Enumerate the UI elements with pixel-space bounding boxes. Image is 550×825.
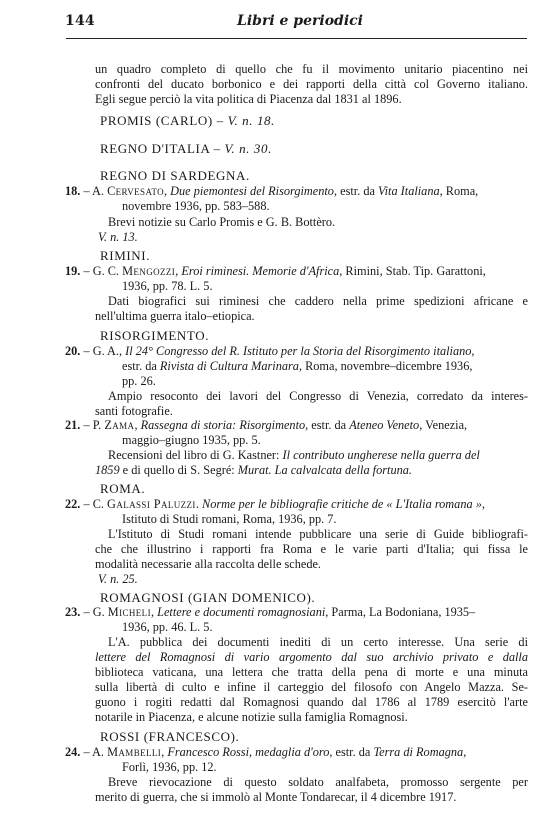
entry-note: modalità necessarie alla raccolta delle … (95, 557, 321, 572)
entry-source: Rivista di Cultura Marinara (160, 359, 299, 373)
cross-ref-promis: PROMIS (CARLO) – V. n. 18. (100, 113, 275, 129)
entry-author: Micheli (108, 605, 151, 619)
cross-ref-link: V. n. 30. (225, 141, 272, 156)
entry-source: Terra di Romagna (373, 745, 463, 759)
entry-note: che che illustrino i rapporti fra Roma e… (95, 542, 528, 557)
entry-line: 24. – A. Mambelli, Francesco Rossi, meda… (65, 745, 466, 760)
header-rule (66, 38, 527, 39)
entry-title: Due piemontesi del Risorgimento (170, 184, 334, 198)
entry-note: santi fotografie. (95, 404, 173, 419)
entry-line: Forlì, 1936, pp. 12. (122, 760, 217, 775)
entry-note: merito di guerra, che si immolò al Monte… (95, 790, 456, 805)
entry-note: biblioteca vaticana, una lettera che tra… (95, 665, 528, 680)
entry-line: 20. – G. A., Il 24° Congresso del R. Ist… (65, 344, 475, 359)
entry-line: estr. da Rivista di Cultura Marinara, Ro… (122, 359, 472, 374)
intro-line: confronti del ducato borbonico e dei rap… (95, 77, 528, 92)
entry-note: L'Istituto di Studi romani intende pubbl… (108, 527, 528, 542)
entry-line: 1936, pp. 78. L. 5. (122, 279, 213, 294)
entry-line: 1936, pp. 46. L. 5. (122, 620, 213, 635)
entry-title: Francesco Rossi, medaglia d'oro (167, 745, 329, 759)
entry-note: Ampio resoconto dei lavori del Congresso… (108, 389, 528, 404)
cross-ref-link: V. n. 18. (228, 113, 275, 128)
entry-number: 19. (65, 264, 80, 278)
entry-note: Dati biografici sui riminesi che caddero… (108, 294, 528, 309)
entry-line: 21. – P. Zama, Rassegna di storia: Risor… (65, 418, 467, 433)
entry-line: Istituto di Studi romani, Roma, 1936, pp… (122, 512, 337, 527)
entry-note: Breve rievocazione di questo soldato ana… (108, 775, 528, 790)
section-heading: RIMINI. (100, 248, 150, 264)
entry-note: notarile in Piacenza, e alcune notizie s… (95, 710, 408, 725)
entry-note: L'A. pubblica dei documenti inediti di u… (108, 635, 528, 650)
entry-note: Brevi notizie su Carlo Promis e G. B. Bo… (108, 215, 335, 230)
cross-ref-regno-italia: REGNO D'ITALIA – V. n. 30. (100, 141, 272, 157)
entry-line: 23. – G. Micheli, Lettere e documenti ro… (65, 605, 475, 620)
entry-title: Lettere e documenti romagnosiani (157, 605, 325, 619)
running-title: Libri e periodici (0, 13, 550, 29)
entry-number: 22. (65, 497, 80, 511)
entry-line: pp. 26. (122, 374, 156, 389)
entry-title: Norme per le bibliografie critiche de « … (202, 497, 482, 511)
entry-note: nell'ultima guerra italo–etiopica. (95, 309, 255, 324)
entry-number: 23. (65, 605, 80, 619)
entry-author: Galassi Paluzzi (107, 497, 196, 511)
entry-title: Rassegna di storia: Risorgimento (141, 418, 306, 432)
section-heading: RISORGIMENTO. (100, 328, 209, 344)
intro-line: un quadro completo di quello che fu il m… (95, 62, 528, 77)
intro-line: Egli segue perciò la vita politica di Pi… (95, 92, 402, 107)
see-also-ref: V. n. 13. (98, 230, 138, 245)
entry-source: Vita Italiana (378, 184, 440, 198)
entry-note: 1859 e di quello di S. Segré: Murat. La … (95, 463, 412, 478)
entry-author: Mambelli (107, 745, 161, 759)
section-heading: ROMA. (100, 481, 145, 497)
section-heading: ROMAGNOSI (GIAN DOMENICO). (100, 590, 315, 606)
cross-ref-heading: REGNO D'ITALIA – (100, 141, 225, 156)
entry-number: 21. (65, 418, 80, 432)
section-heading: ROSSI (FRANCESCO). (100, 729, 239, 745)
entry-source: Ateneo Veneto (349, 418, 419, 432)
entry-author: Zama (104, 418, 134, 432)
entry-line: 18. – A. Cervesato, Due piemontesi del R… (65, 184, 528, 199)
entry-note: sulla libertà di culto e infine il carte… (95, 680, 528, 695)
entry-line: novembre 1936, pp. 583–588. (122, 199, 270, 214)
entry-line: maggio–giugno 1935, pp. 5. (122, 433, 261, 448)
entry-note: guono i rogiti redatti dal Romagnosi qua… (95, 695, 528, 710)
entry-note: Recensioni del libro di G. Kastner: Il c… (108, 448, 480, 463)
entry-line: 19. – G. C. Mengozzi, Eroi riminesi. Mem… (65, 264, 486, 279)
entry-line: 22. – C. Galassi Paluzzi. Norme per le b… (65, 497, 485, 512)
entry-number: 24. (65, 745, 80, 759)
entry-author: Mengozzi (122, 264, 175, 278)
entry-number: 18. (65, 184, 80, 198)
entry-note: lettere del Romagnosi di vario argomento… (95, 650, 528, 665)
entry-title: Il 24° Congresso del R. Istituto per la … (125, 344, 471, 358)
entry-author: Cervesato (107, 184, 164, 198)
cross-ref-heading: PROMIS (CARLO) – (100, 113, 228, 128)
entry-title: Eroi riminesi. Memorie d'Africa (181, 264, 339, 278)
entry-number: 20. (65, 344, 80, 358)
section-heading: REGNO DI SARDEGNA. (100, 168, 250, 184)
see-also-ref: V. n. 25. (98, 572, 138, 587)
